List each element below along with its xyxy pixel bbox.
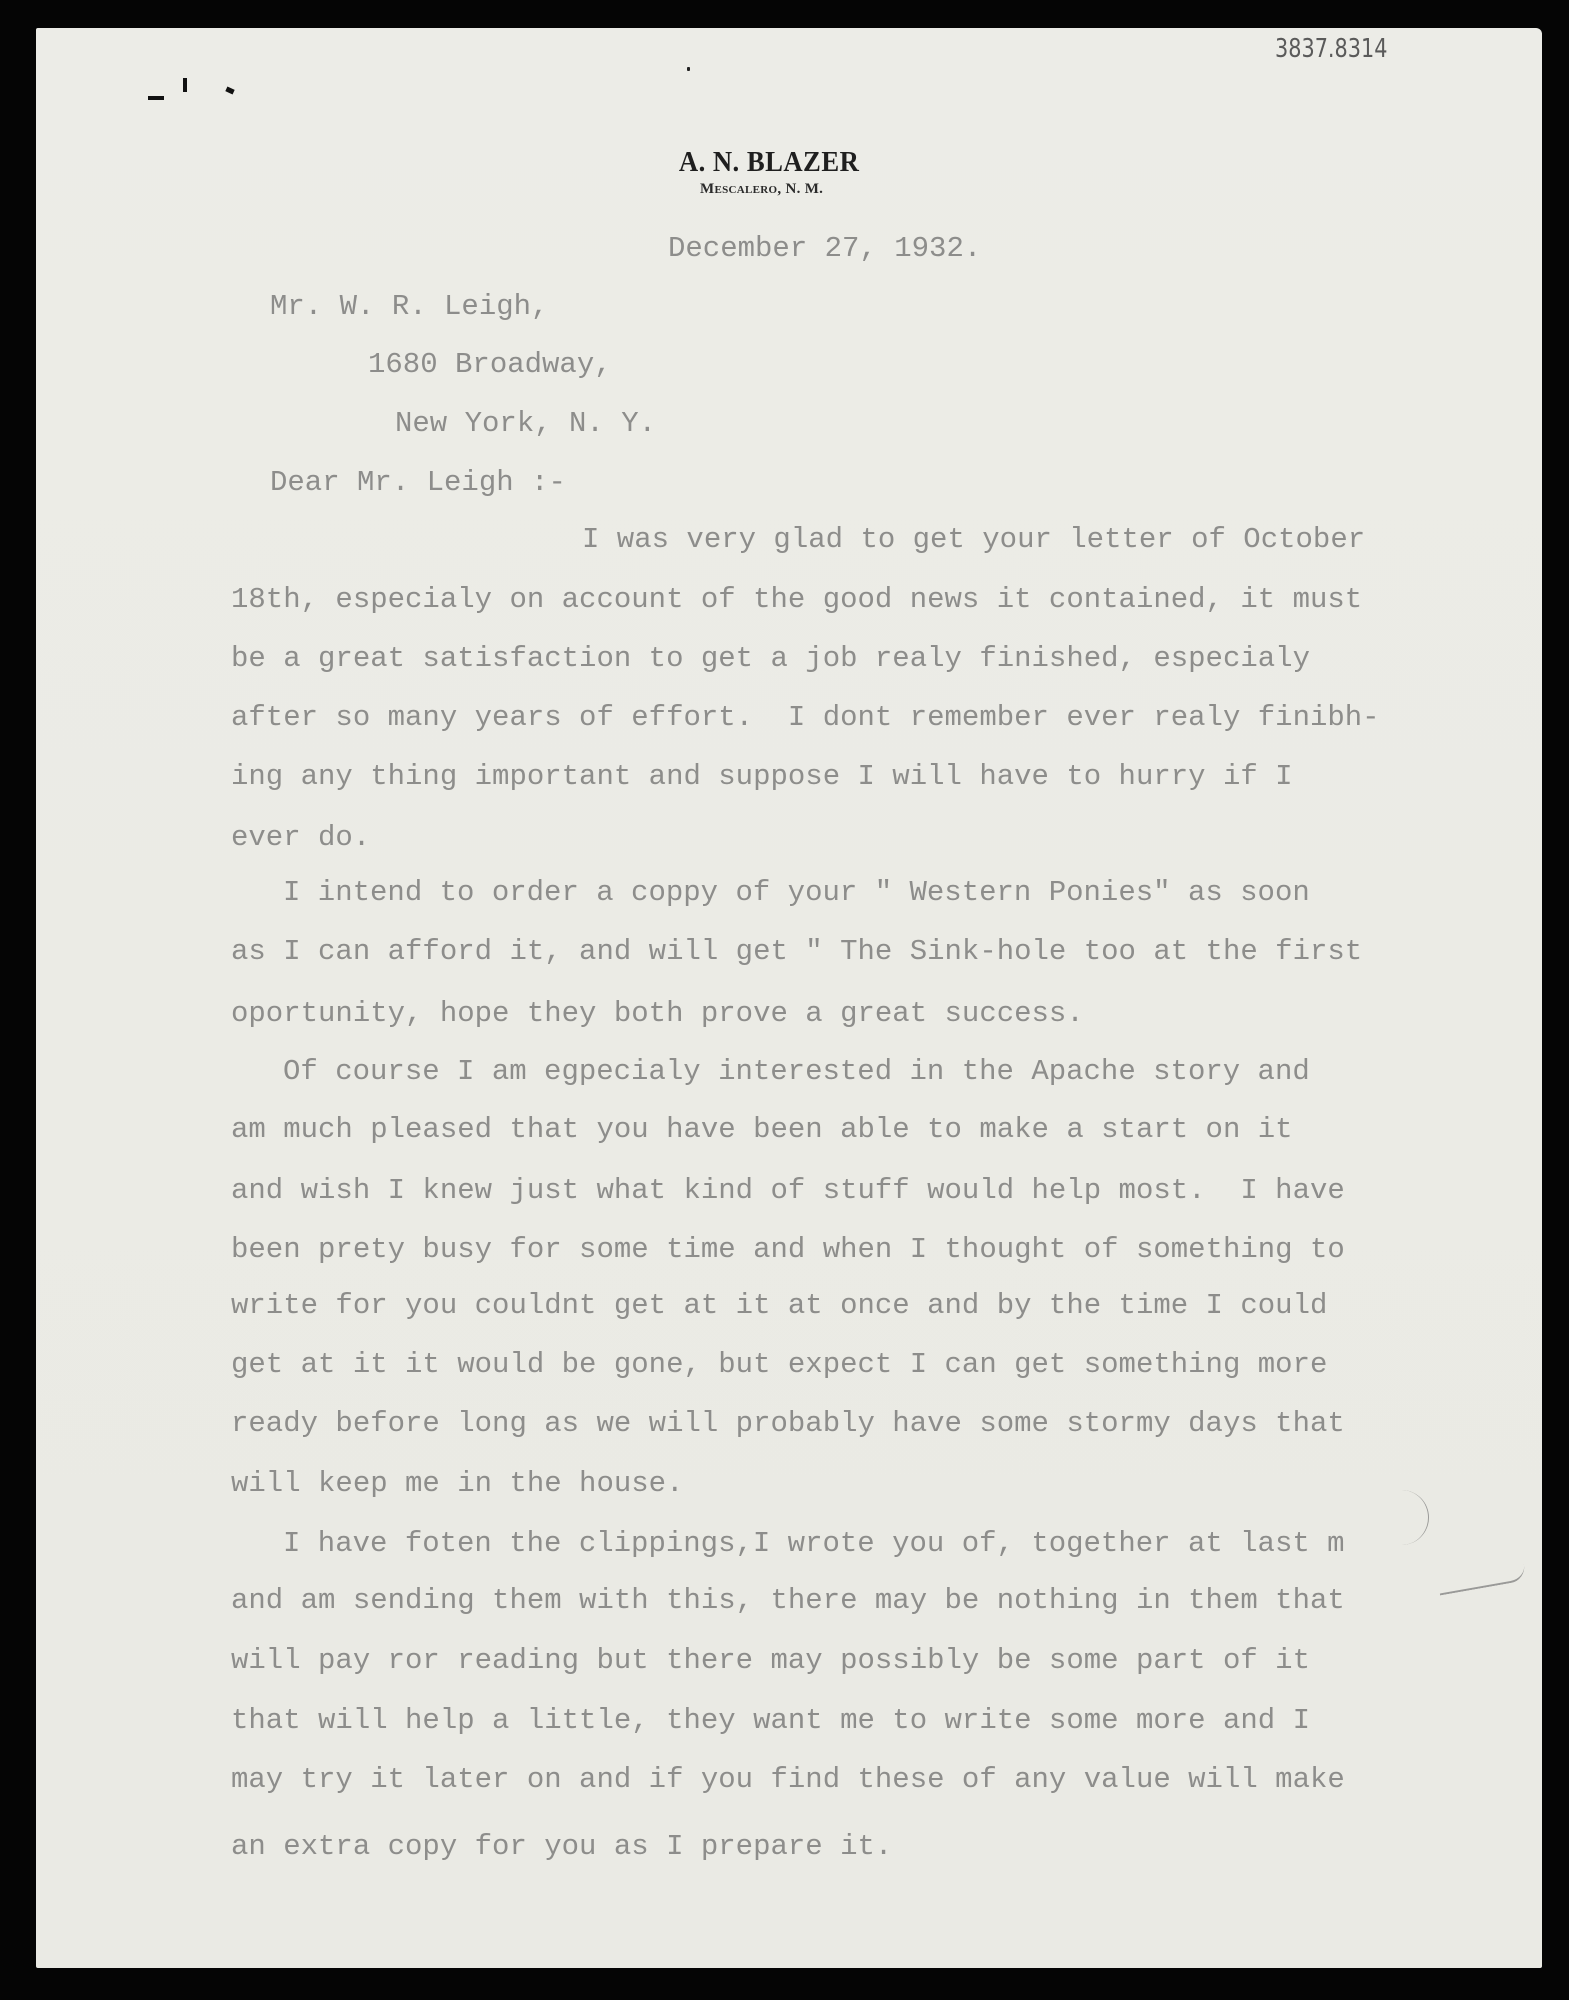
ink-smudge [183,78,187,92]
body-line: ready before long as we will probably ha… [231,1407,1345,1440]
body-line: will pay ror reading but there may possi… [231,1644,1310,1677]
body-line: get at it it would be gone, but expect I… [231,1348,1327,1381]
body-line: will keep me in the house. [231,1467,683,1500]
body-line: be a great satisfaction to get a job rea… [231,642,1310,675]
body-line: an extra copy for you as I prepare it. [231,1830,892,1863]
recipient-name: Mr. W. R. Leigh, [270,290,548,323]
letter-date: December 27, 1932. [668,232,981,265]
letterhead-place: Mescalero, N. M. [700,181,823,198]
body-line: I have foten the clippings,I wrote you o… [283,1527,1345,1560]
body-line: may try it later on and if you find thes… [231,1763,1345,1796]
archive-number: 3837.8314 [1275,34,1387,64]
body-line: that will help a little, they want me to… [231,1704,1310,1737]
ink-smudge [148,96,164,100]
body-line: am much pleased that you have been able … [231,1113,1293,1146]
body-line: as I can afford it, and will get " The S… [231,935,1362,968]
body-line: and wish I knew just what kind of stuff … [231,1174,1345,1207]
body-line: write for you couldnt get at it at once … [231,1289,1327,1322]
body-line: after so many years of effort. I dont re… [231,701,1380,734]
recipient-street: 1680 Broadway, [368,348,612,381]
letterhead-name: A. N. BLAZER [679,146,859,179]
body-line: Of course I am egpecialy interested in t… [283,1055,1310,1088]
scanned-letter: 3837.8314 A. N. BLAZER Mescalero, N. M. … [0,0,1569,2000]
ink-dot [687,67,690,71]
body-line: been prety busy for some time and when I… [231,1233,1345,1266]
salutation: Dear Mr. Leigh :- [270,466,566,499]
body-line: ing any thing important and suppose I wi… [231,760,1293,793]
body-line: I intend to order a coppy of your " West… [283,876,1310,909]
body-line: and am sending them with this, there may… [231,1584,1345,1617]
body-line: oportunity, hope they both prove a great… [231,997,1084,1030]
recipient-city: New York, N. Y. [395,407,656,440]
body-line: ever do. [231,821,370,854]
body-line: I was very glad to get your letter of Oc… [582,523,1365,556]
body-line: 18th, especialy on account of the good n… [231,583,1362,616]
